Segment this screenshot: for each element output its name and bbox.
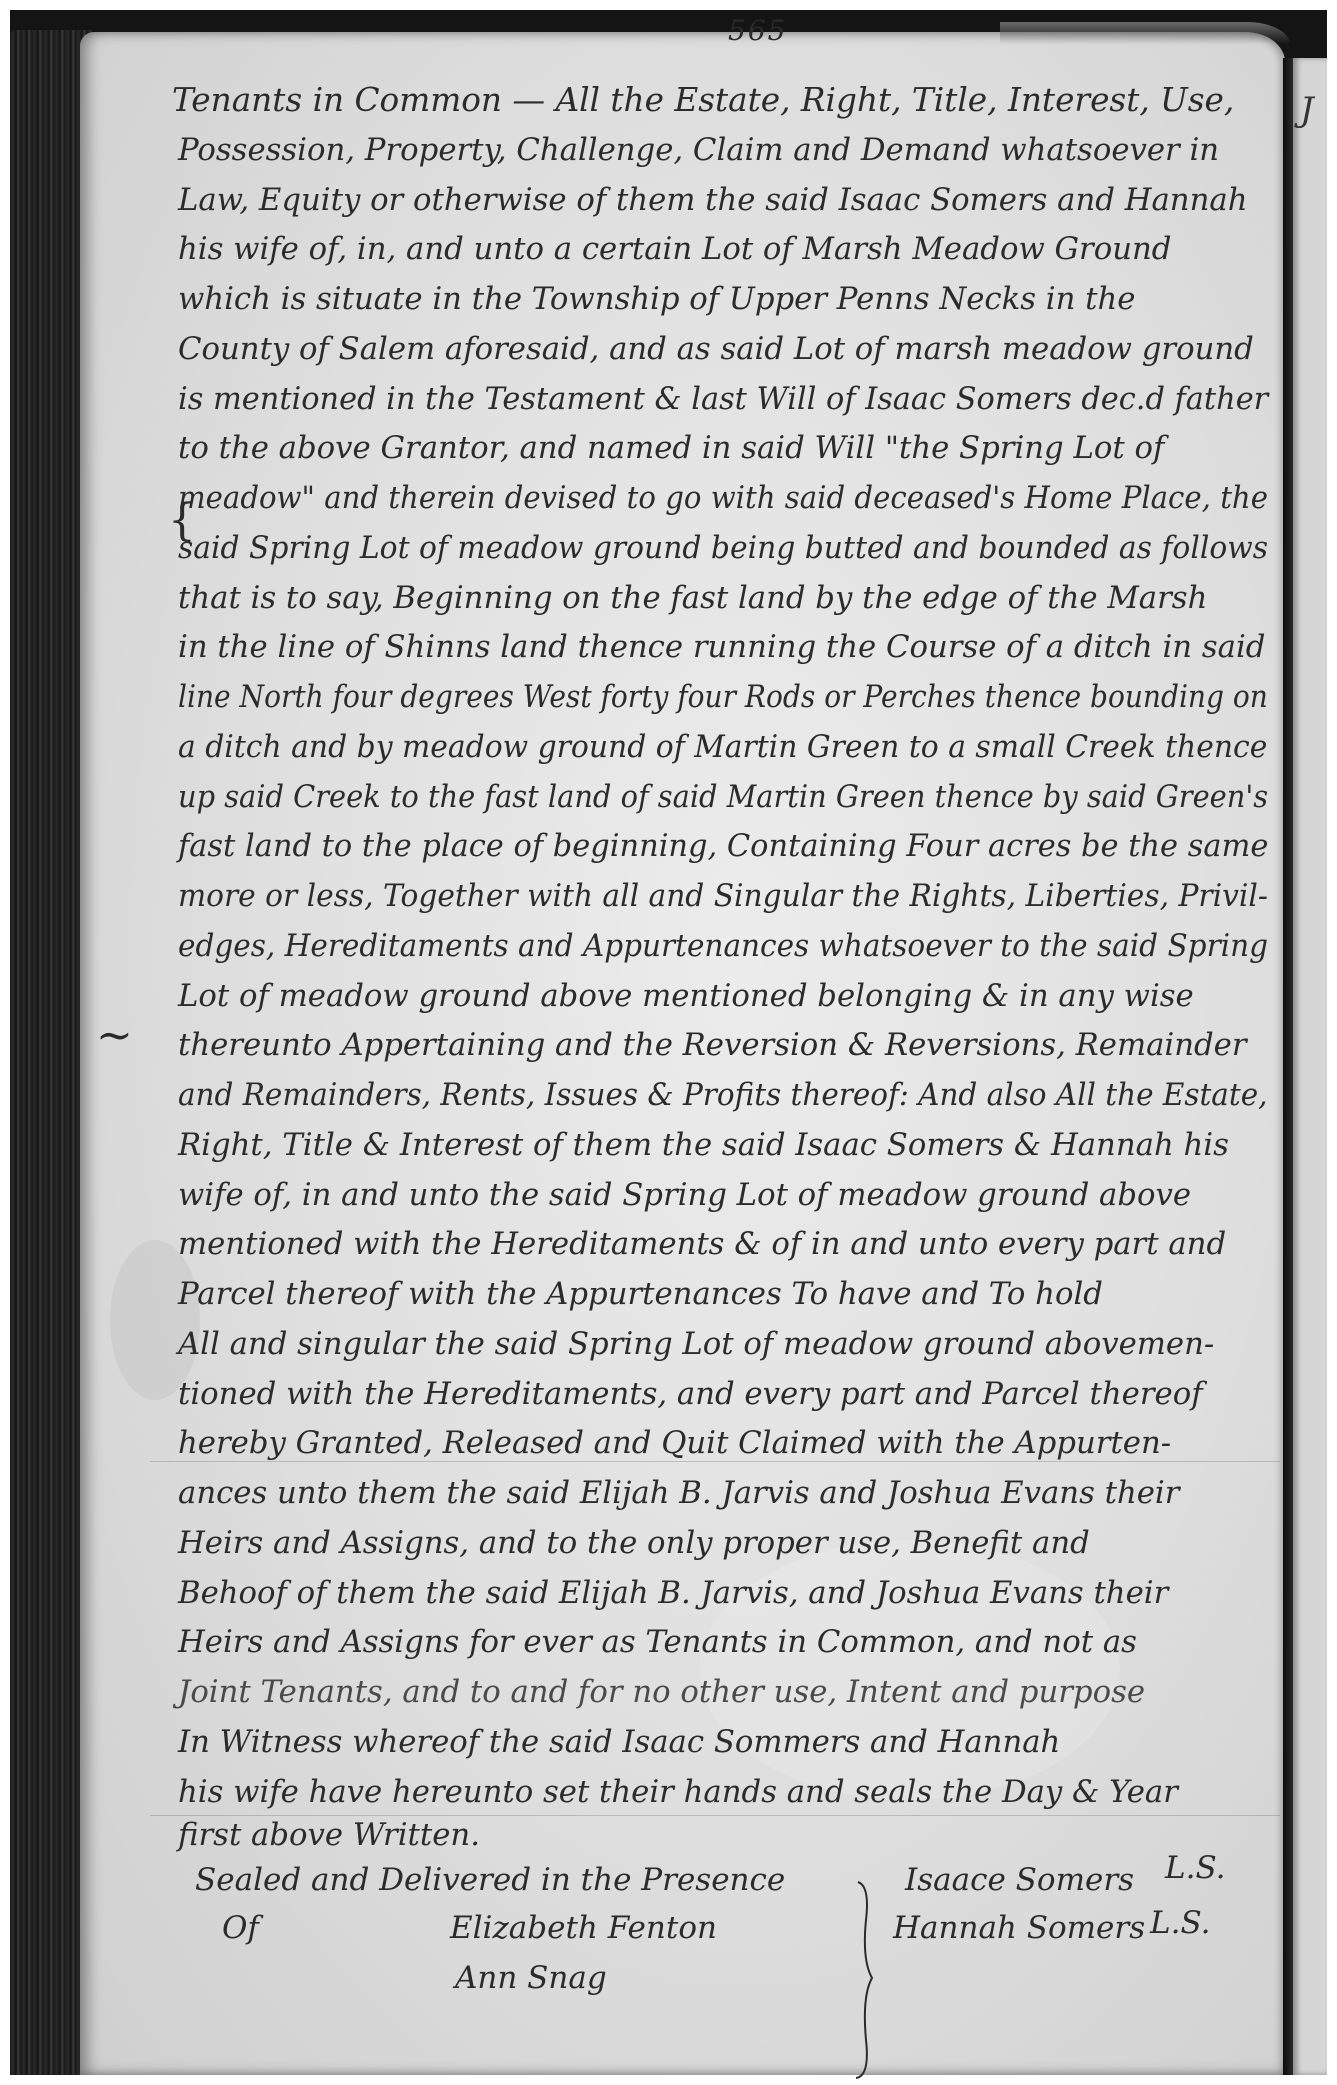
text-line: Tenants in Common — All the Estate, Righ… (172, 80, 1262, 120)
text-line: hereby Granted, Released and Quit Claime… (178, 1423, 1268, 1463)
margin-tilde-mark: ~ (96, 1010, 133, 1061)
text-line: fast land to the place of beginning, Con… (178, 826, 1258, 866)
text-line: his wife of, in, and unto a certain Lot … (178, 229, 1268, 269)
text-line: Lot of meadow ground above mentioned bel… (178, 976, 1268, 1016)
text-line: Right, Title & Interest of them the said… (178, 1125, 1268, 1165)
text-line: wife of, in and unto the said Spring Lot… (178, 1175, 1268, 1215)
text-line: County of Salem aforesaid, and as said L… (178, 329, 1268, 369)
signatory-name: Hannah Somers (893, 1910, 1145, 1946)
text-line: up said Creek to the fast land of said M… (178, 777, 1202, 817)
text-line: more or less, Together with all and Sing… (178, 876, 1231, 916)
text-line: thereunto Appertaining and the Reversion… (178, 1025, 1268, 1065)
text-line: which is situate in the Township of Uppe… (178, 279, 1268, 319)
attestation-line: Sealed and Delivered in the Presence (195, 1862, 785, 1898)
text-line: in the line of Shinns land thence runnin… (178, 627, 1268, 667)
text-line: first above Written. (178, 1815, 1268, 1855)
text-line: Possession, Property, Challenge, Claim a… (178, 130, 1268, 170)
signature-brace (852, 1880, 876, 2080)
seal-mark: L.S. (1150, 1905, 1210, 1941)
text-line: mentioned with the Hereditaments & of in… (178, 1224, 1268, 1264)
text-line: ances unto them the said Elijah B. Jarvi… (178, 1473, 1268, 1513)
signatory-name: Isaace Somers (905, 1862, 1134, 1898)
text-line: is mentioned in the Testament & last Wil… (178, 379, 1256, 419)
text-line: a ditch and by meadow ground of Martin G… (178, 727, 1235, 767)
text-line: Heirs and Assigns, and to the only prope… (178, 1523, 1268, 1563)
text-line: said Spring Lot of meadow ground being b… (178, 528, 1234, 568)
text-line: Parcel thereof with the Appurtenances To… (178, 1274, 1268, 1314)
text-line: Heirs and Assigns for ever as Tenants in… (178, 1622, 1268, 1662)
margin-brace-mark: { (168, 495, 196, 546)
witness-name: Ann Snag (455, 1960, 607, 1996)
text-line: All and singular the said Spring Lot of … (178, 1324, 1268, 1364)
text-line: Behoof of them the said Elijah B. Jarvis… (178, 1573, 1268, 1613)
text-line: line North four degrees West forty four … (178, 677, 1174, 717)
text-line: In Witness whereof the said Isaac Sommer… (178, 1722, 1268, 1762)
text-line: Joint Tenants, and to and for no other u… (178, 1672, 1268, 1712)
text-line: to the above Grantor, and named in said … (178, 428, 1268, 468)
text-line: that is to say, Beginning on the fast la… (178, 578, 1268, 618)
text-line: meadow" and therein devised to go with s… (178, 478, 1213, 518)
text-line: Law, Equity or otherwise of them the sai… (178, 180, 1268, 220)
text-line: edges, Hereditaments and Appurtenances w… (178, 926, 1225, 966)
text-line: and Remainders, Rents, Issues & Profits … (178, 1075, 1223, 1115)
deed-text: Tenants in Common — All the Estate, Righ… (0, 0, 1337, 2085)
attestation-of: Of (222, 1910, 259, 1946)
witness-name: Elizabeth Fenton (450, 1910, 717, 1946)
seal-mark: L.S. (1165, 1850, 1225, 1886)
text-line: his wife have hereunto set their hands a… (178, 1772, 1268, 1812)
text-line: tioned with the Hereditaments, and every… (178, 1374, 1268, 1414)
